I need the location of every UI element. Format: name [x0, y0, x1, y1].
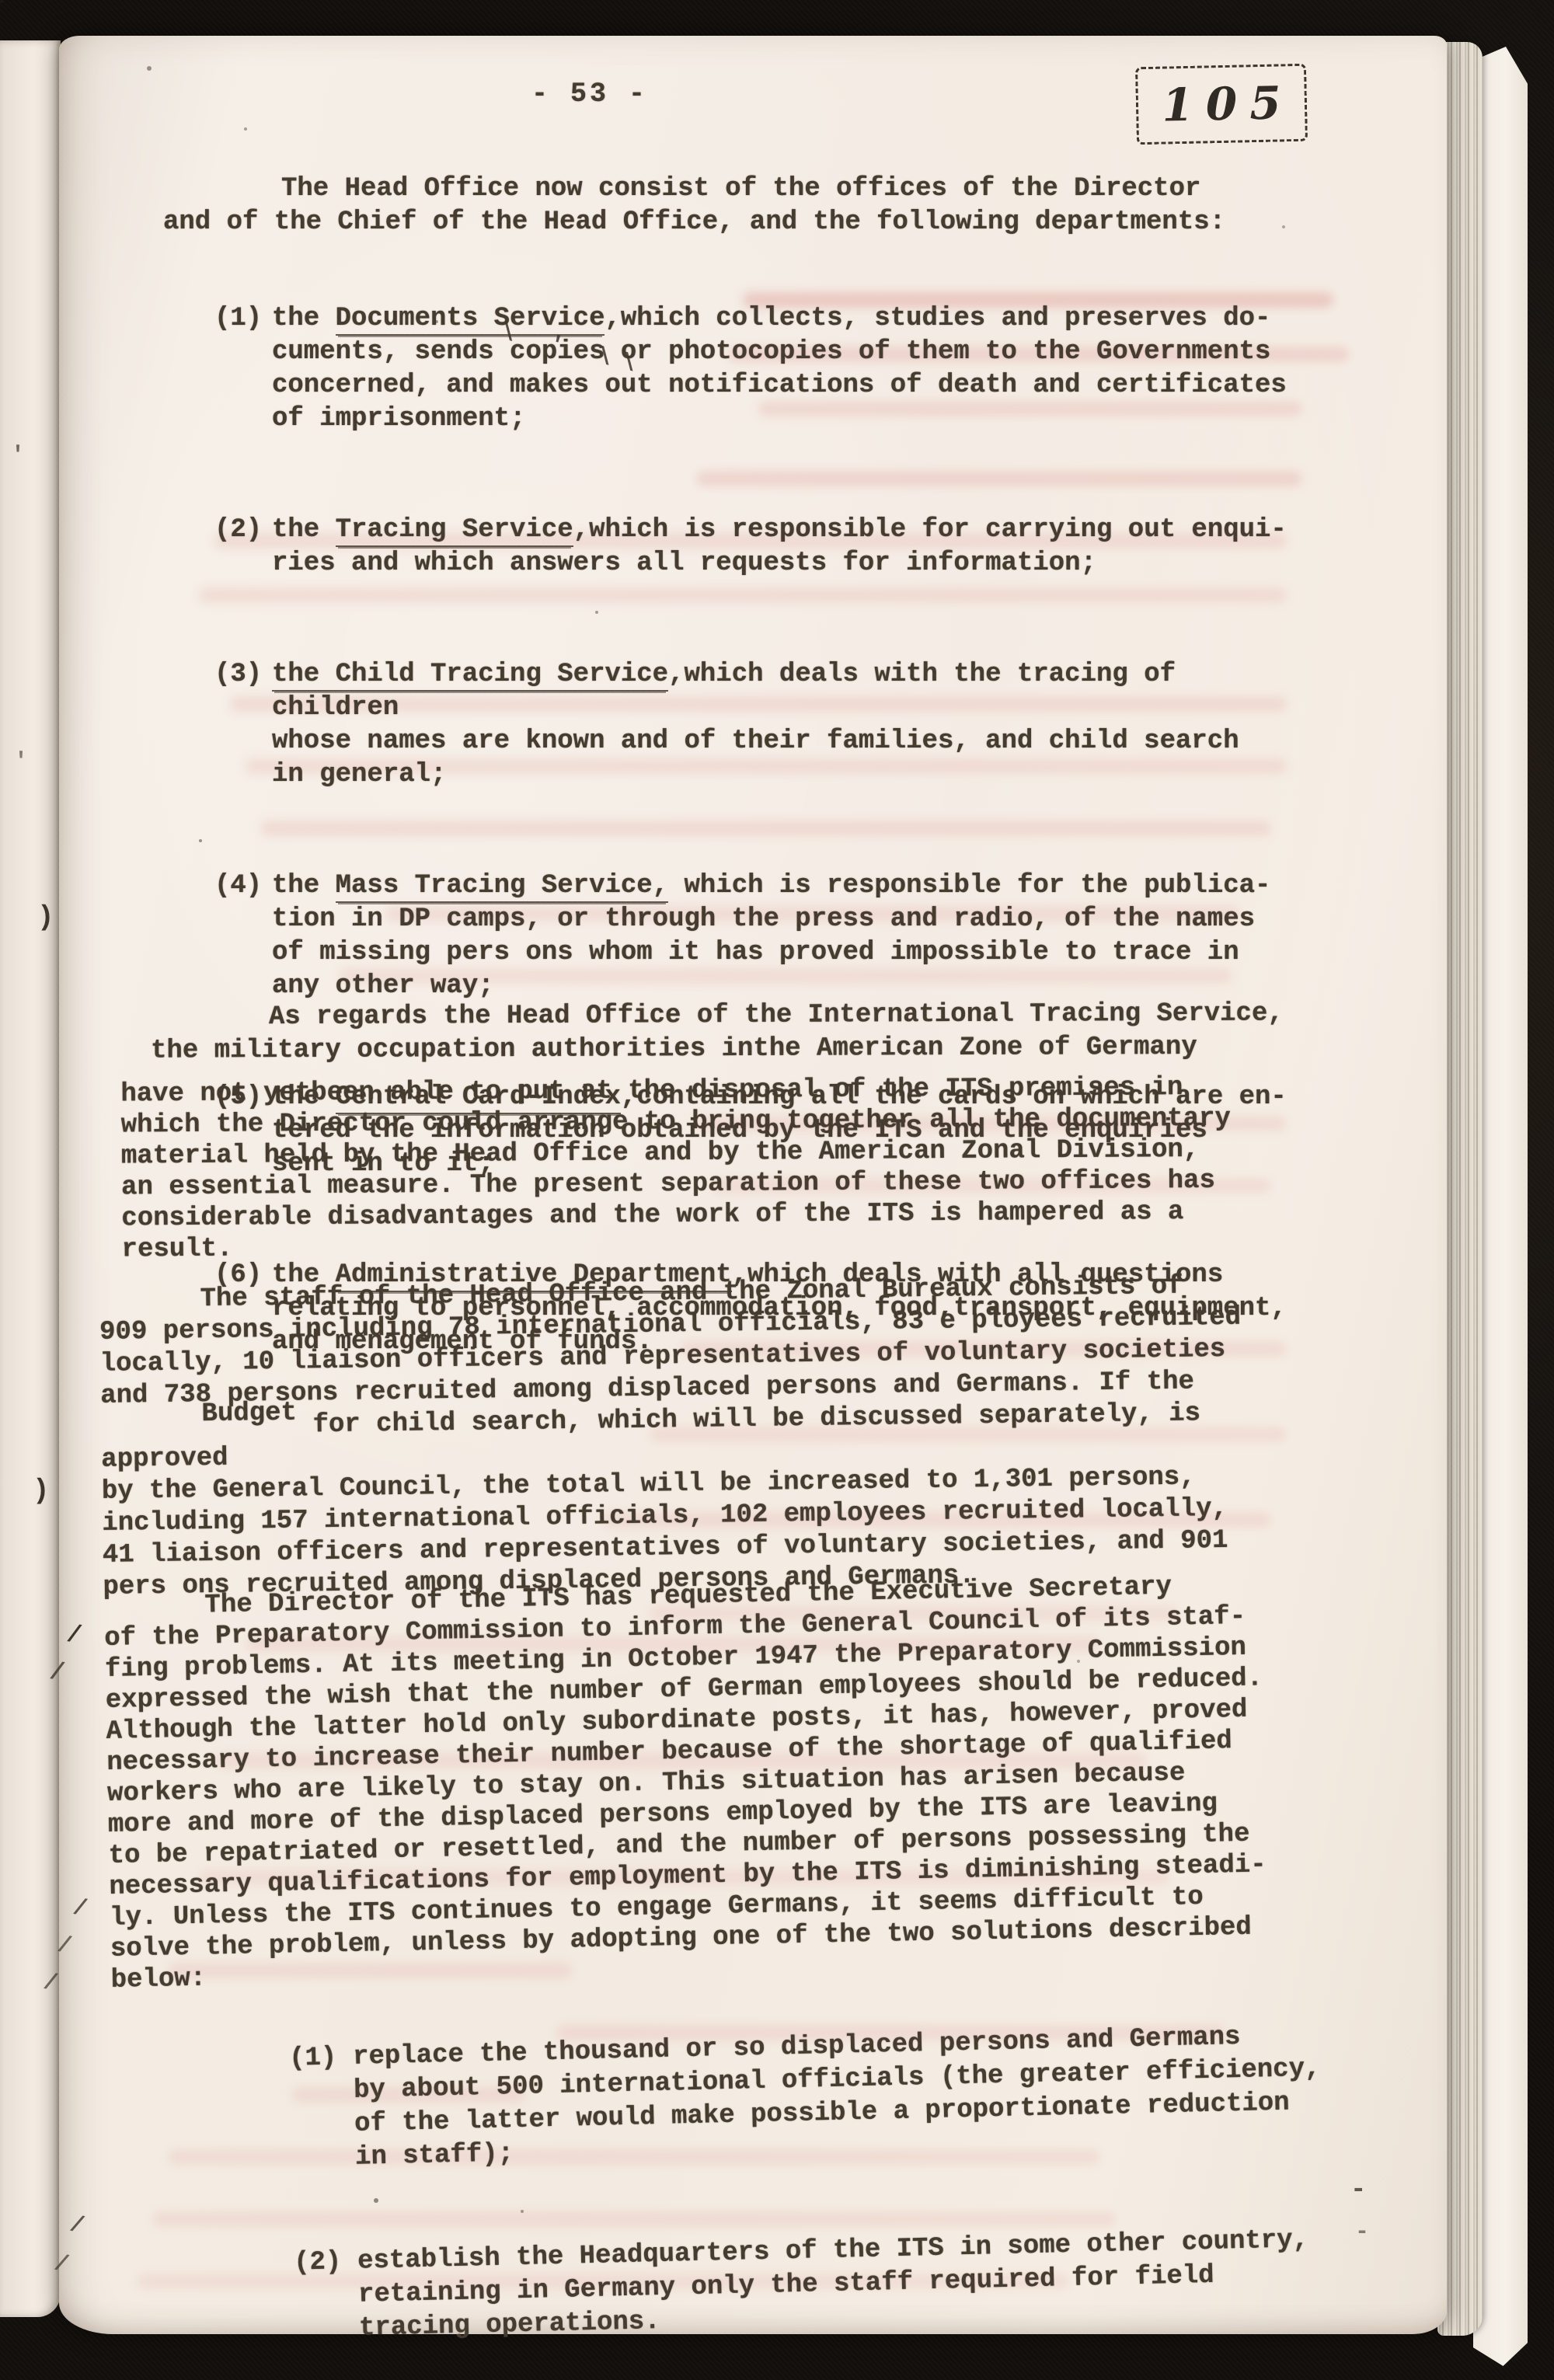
paragraph-as-regards: As regards the Head Office of the Intern… [151, 997, 1332, 1068]
department-name: Documents Service [336, 304, 605, 336]
paragraph-staff: The staff of the Head Office and the Zon… [99, 1270, 1276, 1604]
solutions-list: (1) replace the thousand or so displaced… [288, 1984, 1368, 2380]
archive-stamp-number: 105 [1149, 76, 1294, 132]
list-item: (2) the Tracing Service,which is respons… [214, 514, 1310, 580]
page-number: - 53 - [531, 78, 648, 111]
margin-paren-mark: ) [37, 901, 54, 933]
paragraph-director: The Director of the ITS has requested th… [103, 1569, 1323, 1996]
intro-paragraph: The Head Office now consist of the offic… [163, 172, 1321, 239]
list-item-number: (4) [214, 869, 266, 1003]
list-item-number: (3) [214, 658, 266, 792]
margin-dash-mark: - [1355, 2219, 1369, 2246]
list-item-text: the Documents Service,which collects, st… [272, 302, 1305, 436]
document-page: - 53 - 105 The Head Office now consist o… [59, 36, 1447, 2334]
department-name: Tracing Service [336, 515, 573, 547]
margin-tick-mark: ' [14, 749, 28, 775]
margin-dash-mark: - [1350, 2176, 1366, 2205]
margin-tick-mark: ' [11, 443, 25, 469]
list-item-number: (2) [294, 2246, 347, 2347]
list-item: (1) the Documents Service,which collects… [214, 302, 1310, 436]
raised-word-budget: Budget [100, 1398, 297, 1432]
list-item-number: (1) [289, 2041, 343, 2176]
list-item-text: establish the Headquarters of the ITS in… [357, 2223, 1362, 2346]
list-item: (4) the Mass Tracing Service, which is r… [214, 869, 1310, 1003]
department-name: Mass Tracing Service, [336, 871, 668, 903]
paper-specks [0, 0, 3, 3]
department-name: the Child Tracing Service [272, 660, 668, 692]
paragraph-premises: have not yetbeen able to put at the disp… [120, 1072, 1256, 1266]
list-item-text: the Child Tracing Service,which deals wi… [272, 658, 1305, 792]
margin-paren-mark: ) [33, 1475, 50, 1507]
list-item-number: (2) [214, 514, 266, 580]
list-item-text: the Tracing Service,which is responsible… [272, 514, 1305, 580]
list-item-text: the Mass Tracing Service, which is respo… [272, 869, 1305, 1003]
list-item: (3) the Child Tracing Service,which deal… [214, 658, 1310, 792]
list-item: (1) replace the thousand or so displaced… [289, 2018, 1364, 2176]
list-item: (2) establish the Headquarters of the IT… [294, 2222, 1368, 2347]
list-item-number: (1) [214, 302, 266, 436]
archive-stamp-box: 105 [1135, 64, 1308, 145]
list-item-text: replace the thousand or so displaced per… [353, 2019, 1358, 2175]
book-scan: - 53 - 105 The Head Office now consist o… [0, 0, 1554, 2380]
